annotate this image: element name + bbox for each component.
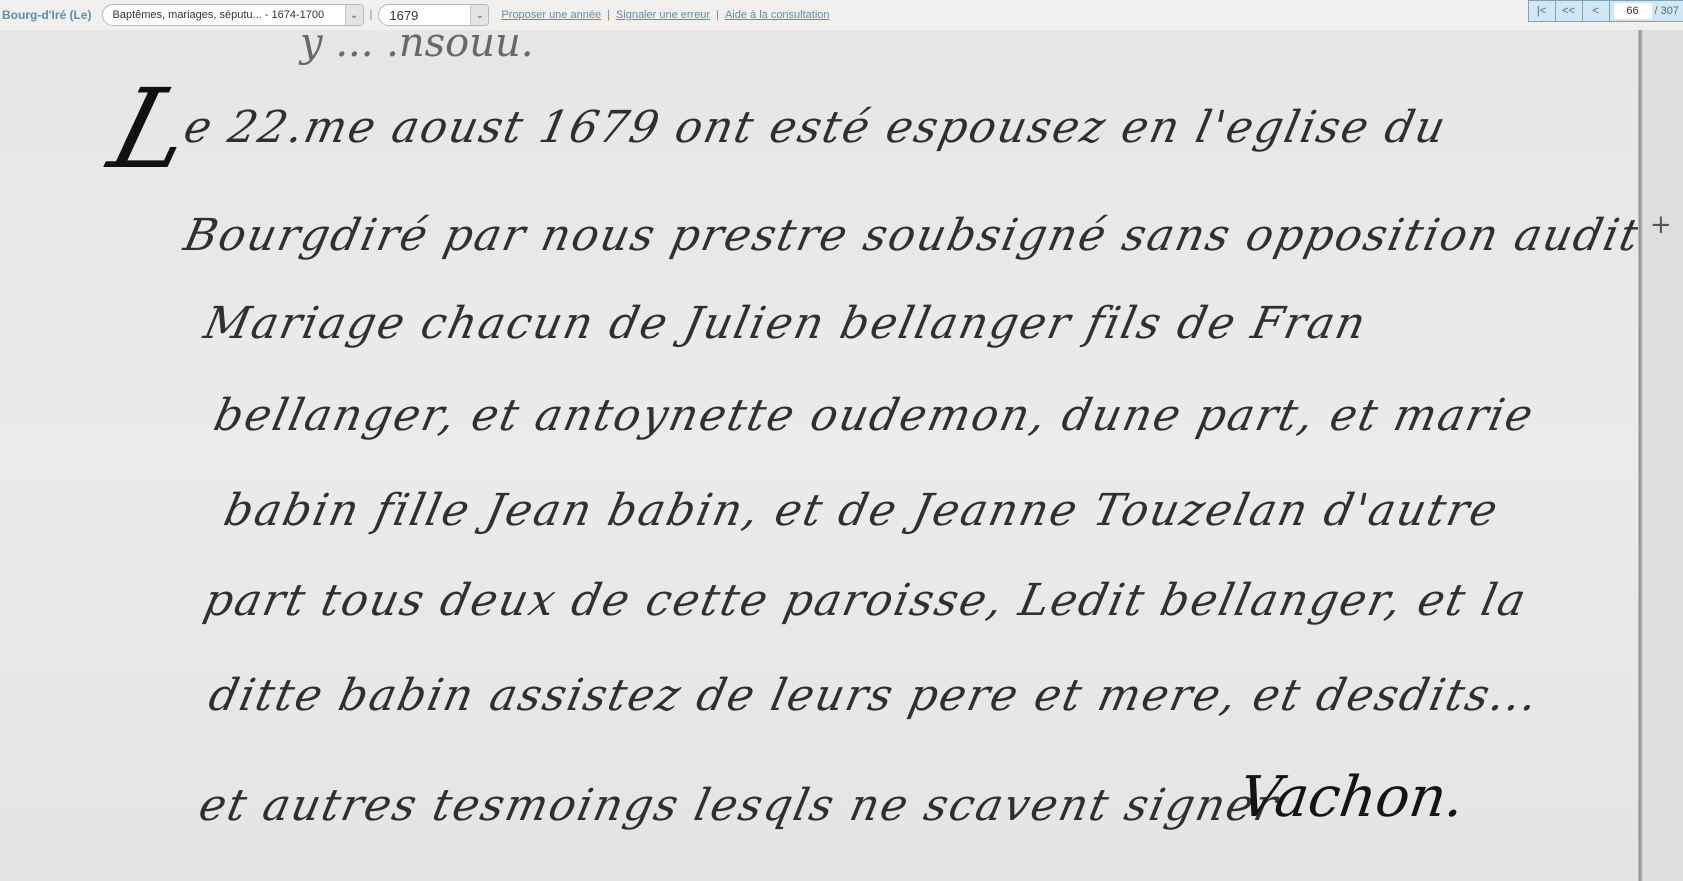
separator: | [607,9,610,21]
toolbar: Bourg-d'Iré (Le) Baptêmes, mariages, sép… [0,0,1683,30]
register-select-value: Baptêmes, mariages, séputu... - 1674-170… [103,9,345,21]
place-name: Bourg-d'Iré (Le) [2,8,92,22]
manuscript-line: Mariage chacun de Julien bellanger fils … [200,298,1372,349]
margin-mark: + [1650,210,1672,240]
page-margin [1643,30,1683,881]
manuscript-line: babin fille Jean babin, et de Jeanne Tou… [220,485,1504,536]
report-error-link[interactable]: Signaler une erreur [616,9,710,21]
manuscript-line: et autres tesmoings lesqls ne scavent si… [195,780,1284,831]
manuscript-top-fragment: y ... .nsouu. [300,30,534,66]
manuscript-line: bellanger, et antoynette oudemon, dune p… [210,390,1540,441]
page-navigation: |< << < / 307 [1528,0,1683,22]
first-page-button[interactable]: |< [1529,1,1556,21]
previous-page-button[interactable]: < [1583,1,1610,21]
total-pages: / 307 [1655,5,1679,17]
manuscript-line: ditte babin assistez de leurs pere et me… [205,670,1544,721]
document-image-viewer[interactable]: y ... .nsouu. L e 22.me aoust 1679 ont e… [0,30,1683,881]
help-link[interactable]: Aide à la consultation [725,9,830,21]
propose-year-link[interactable]: Proposer une année [501,9,601,21]
page-indicator: / 307 [1610,1,1683,21]
separator: | [370,9,373,21]
year-select-value: 1679 [379,8,470,23]
chevron-down-icon[interactable]: ⌄ [470,5,488,25]
manuscript-signature: Vachon. [1235,765,1468,830]
page-number-input[interactable] [1614,3,1652,19]
year-select[interactable]: 1679 ⌄ [378,4,489,26]
register-select[interactable]: Baptêmes, mariages, séputu... - 1674-170… [102,4,364,26]
manuscript-line: Bourgdiré par nous prestre soubsigné san… [180,210,1646,261]
manuscript-line: e 22.me aoust 1679 ont esté espousez en … [180,102,1452,153]
chevron-down-icon[interactable]: ⌄ [345,5,363,25]
back-many-button[interactable]: << [1556,1,1583,21]
manuscript-line: part tous deux de cette paroisse, Ledit … [200,575,1532,626]
separator: | [716,9,719,21]
